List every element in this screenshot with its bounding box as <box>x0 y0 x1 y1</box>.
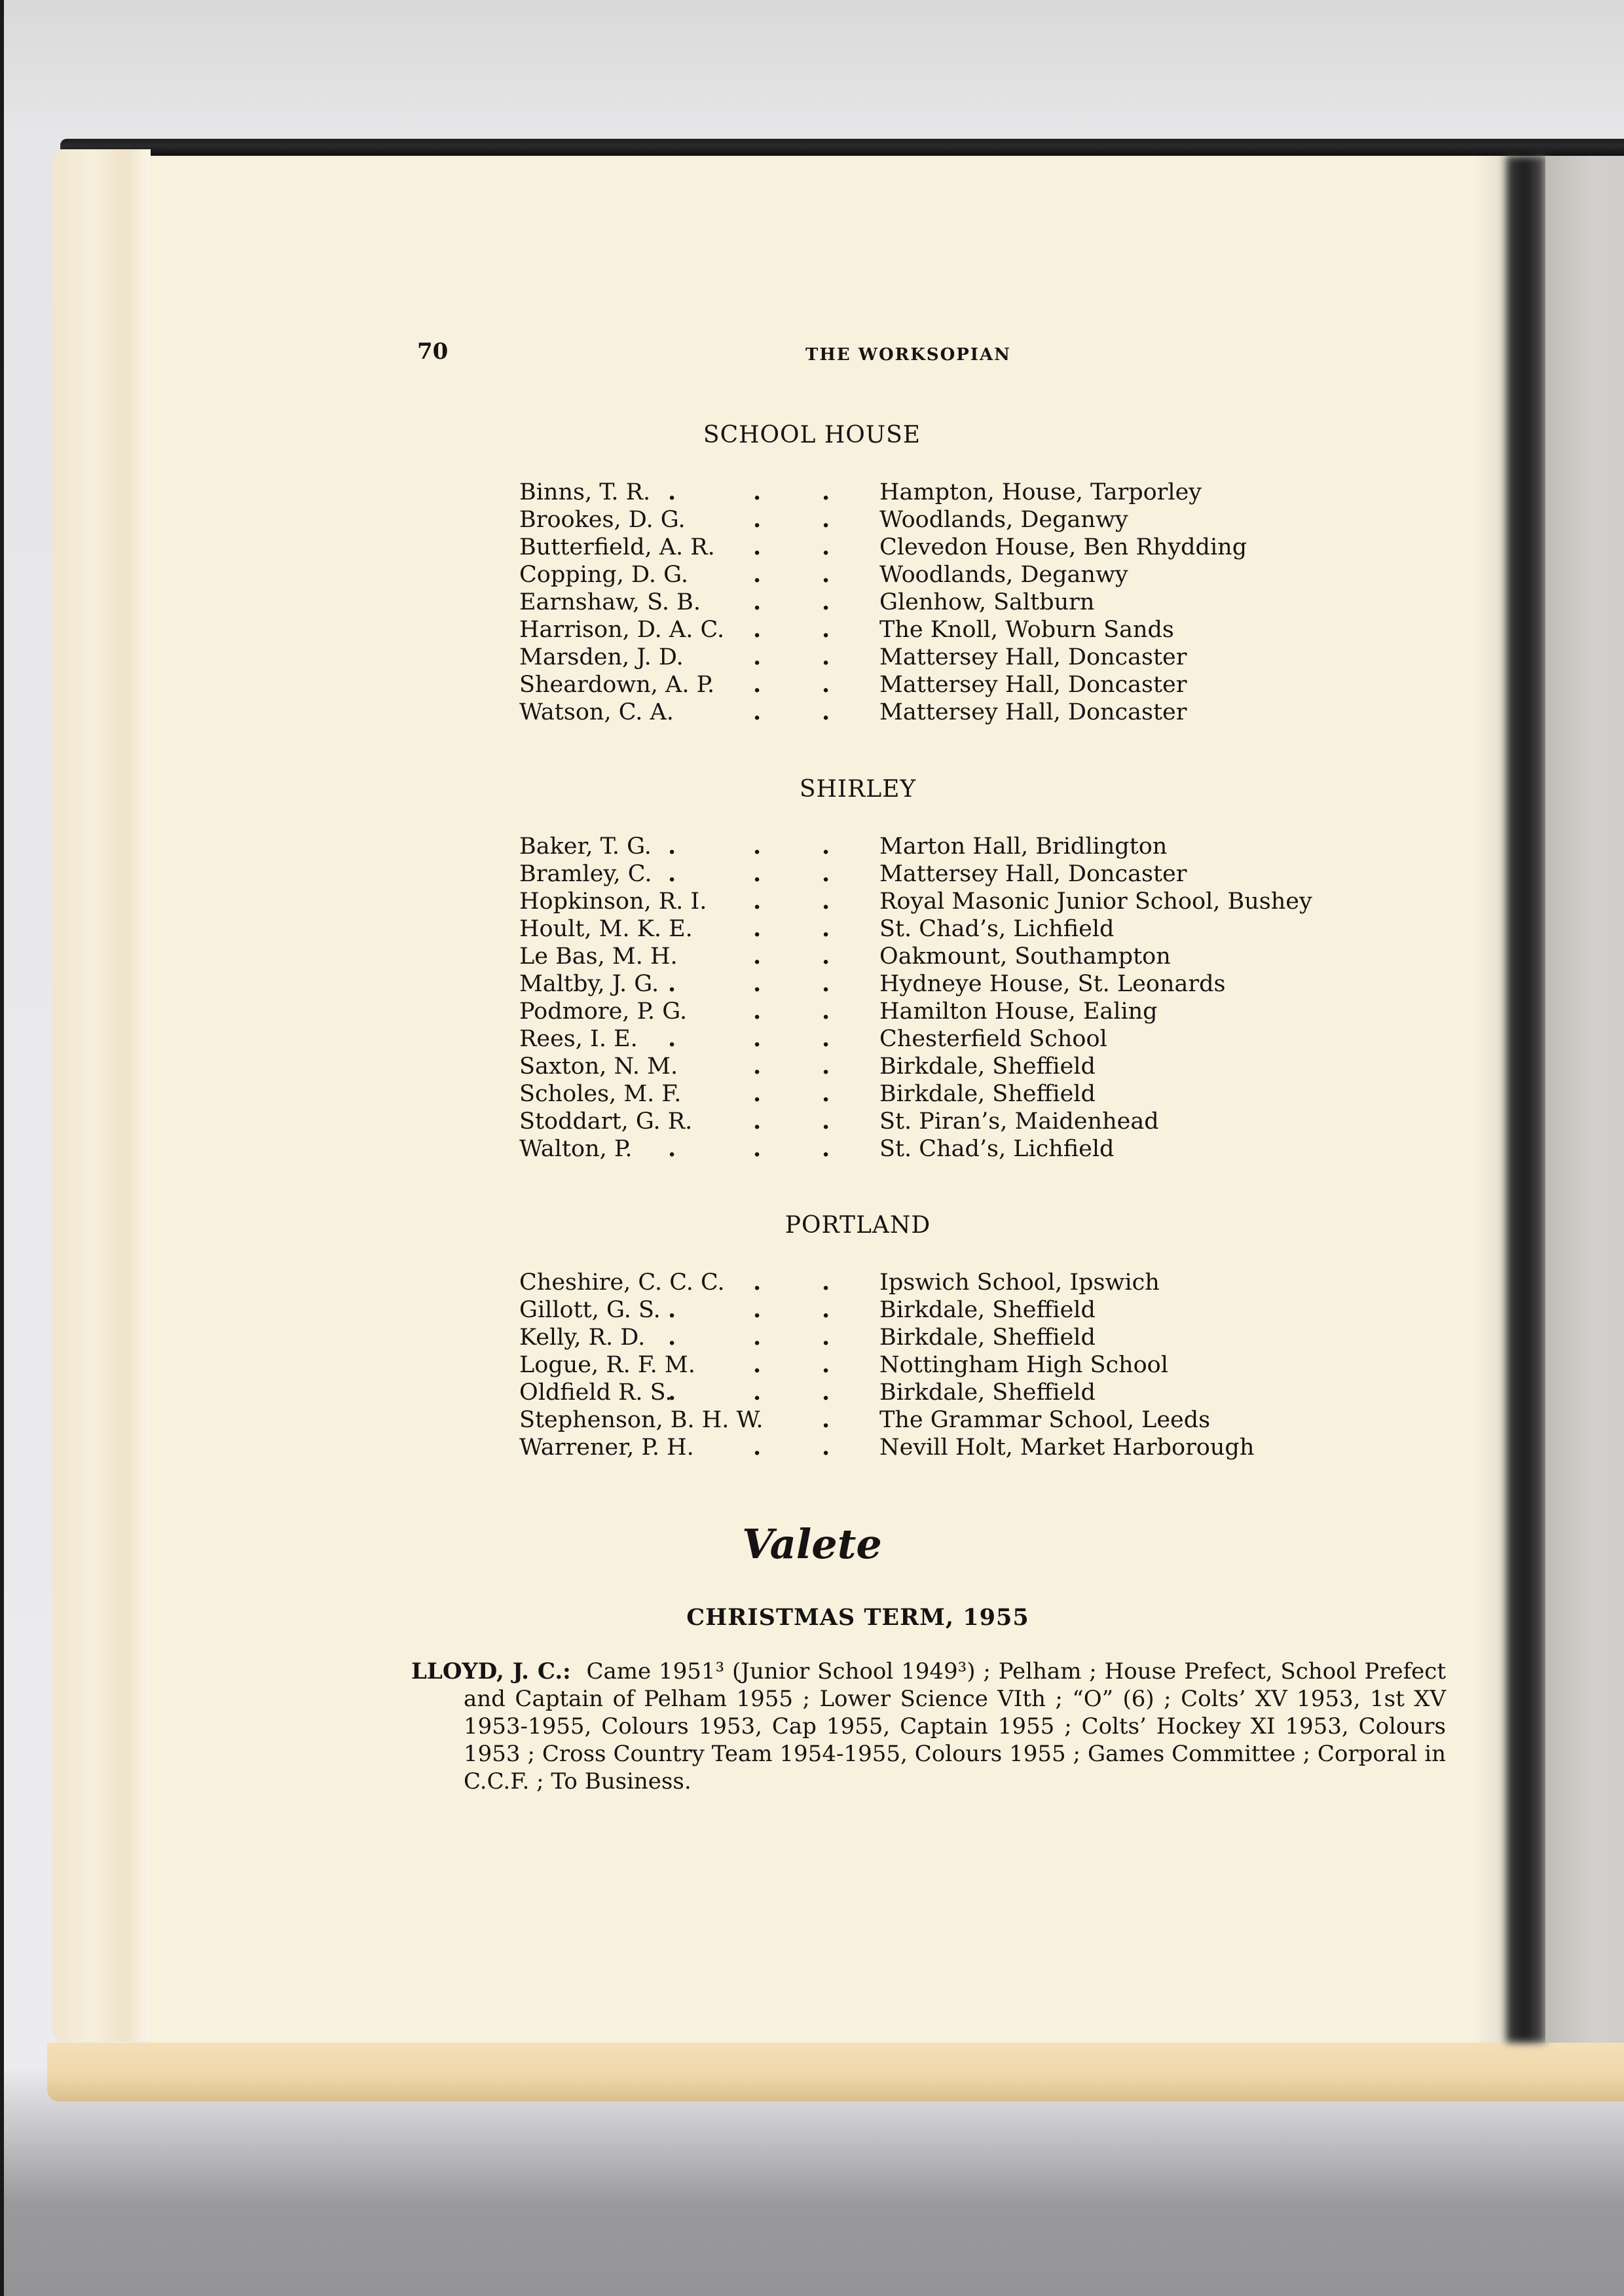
pupil-name: Rees, I. E. <box>519 1025 638 1053</box>
previous-school: Mattersey Hall, Doncaster <box>879 644 1187 671</box>
pupil-name: Watson, C. A. <box>519 699 674 726</box>
dot-leader: . <box>753 1135 761 1163</box>
dot-leader: . <box>822 1379 830 1406</box>
dot-leader: . <box>753 479 761 506</box>
dot-leader: . <box>822 998 830 1025</box>
section-heading-school-house: SCHOOL HOUSE <box>0 422 1624 448</box>
pupil-name: Walton, P. <box>519 1135 633 1163</box>
dot-leader: . <box>668 1324 676 1351</box>
previous-school: Nevill Holt, Market Harborough <box>879 1434 1254 1461</box>
pupil-name: Brookes, D. G. <box>519 506 686 534</box>
valete-entry-text: Came 1951³ (Junior School 1949³) ; Pelha… <box>464 1658 1446 1795</box>
previous-school: Mattersey Hall, Doncaster <box>879 860 1187 888</box>
dot-leader: . <box>822 888 830 915</box>
dot-leader: . <box>822 616 830 644</box>
previous-school: Birkdale, Sheffield <box>879 1379 1096 1406</box>
dot-leader: . <box>753 1351 761 1379</box>
dot-leader: . <box>822 1108 830 1135</box>
section-heading-shirley: SHIRLEY <box>0 776 1624 803</box>
previous-school: Hamilton House, Ealing <box>879 998 1158 1025</box>
dot-leader: . <box>753 534 761 561</box>
previous-school: Hydneye House, St. Leonards <box>879 970 1225 998</box>
previous-school: Clevedon House, Ben Rhydding <box>879 534 1247 561</box>
pupil-name: Stoddart, G. R. <box>519 1108 692 1135</box>
pupil-name: Harrison, D. A. C. <box>519 616 724 644</box>
pupil-name: Stephenson, B. H. W. <box>519 1406 764 1434</box>
pupil-name: Maltby, J. G. <box>519 970 659 998</box>
dot-leader: . <box>753 1269 761 1296</box>
pupil-name: Podmore, P. G. <box>519 998 687 1025</box>
dot-leader: . <box>822 644 830 671</box>
dot-leader: . <box>668 860 676 888</box>
dot-leader: . <box>822 943 830 970</box>
dot-leader: . <box>822 671 830 699</box>
dot-leader: . <box>822 970 830 998</box>
previous-school: Birkdale, Sheffield <box>879 1053 1096 1080</box>
dot-leader: . <box>753 1434 761 1461</box>
dot-leader: . <box>822 1406 830 1434</box>
dot-leader: . <box>822 833 830 860</box>
dot-leader: . <box>822 915 830 943</box>
dot-leader: . <box>822 1053 830 1080</box>
pupil-name: Hopkinson, R. I. <box>519 888 707 915</box>
page-number: 70 <box>417 338 448 365</box>
valete-entry-name: LLOYD, J. C.: <box>411 1658 571 1685</box>
pupil-name: Bramley, C. <box>519 860 652 888</box>
previous-school: Woodlands, Deganwy <box>879 561 1128 589</box>
previous-school: St. Chad’s, Lichfield <box>879 915 1114 943</box>
valete-entry: LLOYD, J. C.: Came 1951³ (Junior School … <box>411 1658 1446 1795</box>
page-content: 70 THE WORKSOPIAN SCHOOL HOUSE Binns, T.… <box>0 0 1624 2296</box>
dot-leader: . <box>753 506 761 534</box>
previous-school: The Grammar School, Leeds <box>879 1406 1210 1434</box>
dot-leader: . <box>668 1025 676 1053</box>
dot-leader: . <box>822 1324 830 1351</box>
dot-leader: . <box>822 699 830 726</box>
dot-leader: . <box>753 1053 761 1080</box>
dot-leader: . <box>753 1080 761 1108</box>
dot-leader: . <box>668 833 676 860</box>
dot-leader: . <box>822 479 830 506</box>
dot-leader: . <box>753 943 761 970</box>
previous-school: Birkdale, Sheffield <box>879 1296 1096 1324</box>
dot-leader: . <box>753 616 761 644</box>
previous-school: Oakmount, Southampton <box>879 943 1171 970</box>
dot-leader: . <box>753 589 761 616</box>
pupil-name: Kelly, R. D. <box>519 1324 645 1351</box>
dot-leader: . <box>668 1135 676 1163</box>
dot-leader: . <box>822 1080 830 1108</box>
dot-leader: . <box>753 915 761 943</box>
term-heading: CHRISTMAS TERM, 1955 <box>0 1604 1624 1631</box>
dot-leader: . <box>753 1379 761 1406</box>
previous-school: Chesterfield School <box>879 1025 1107 1053</box>
pupil-name: Warrener, P. H. <box>519 1434 694 1461</box>
previous-school: Woodlands, Deganwy <box>879 506 1128 534</box>
dot-leader: . <box>822 1269 830 1296</box>
previous-school: Mattersey Hall, Doncaster <box>879 699 1187 726</box>
dot-leader: . <box>753 1025 761 1053</box>
dot-leader: . <box>753 998 761 1025</box>
dot-leader: . <box>753 860 761 888</box>
section-heading-portland: PORTLAND <box>0 1212 1624 1239</box>
dot-leader: . <box>753 1296 761 1324</box>
dot-leader: . <box>822 534 830 561</box>
dot-leader: . <box>753 561 761 589</box>
previous-school: Marton Hall, Bridlington <box>879 833 1167 860</box>
pupil-name: Copping, D. G. <box>519 561 688 589</box>
dot-leader: . <box>753 1108 761 1135</box>
dot-leader: . <box>822 1434 830 1461</box>
pupil-name: Earnshaw, S. B. <box>519 589 701 616</box>
dot-leader: . <box>822 1135 830 1163</box>
dot-leader: . <box>822 1351 830 1379</box>
pupil-name: Hoult, M. K. E. <box>519 915 693 943</box>
pupil-name: Baker, T. G. <box>519 833 652 860</box>
previous-school: Royal Masonic Junior School, Bushey <box>879 888 1312 915</box>
dot-leader: . <box>668 479 676 506</box>
dot-leader: . <box>753 644 761 671</box>
pupil-name: Sheardown, A. P. <box>519 671 714 699</box>
previous-school: St. Piran’s, Maidenhead <box>879 1108 1159 1135</box>
dot-leader: . <box>753 970 761 998</box>
previous-school: Ipswich School, Ipswich <box>879 1269 1160 1296</box>
dot-leader: . <box>753 699 761 726</box>
previous-school: Birkdale, Sheffield <box>879 1324 1096 1351</box>
previous-school: Glenhow, Saltburn <box>879 589 1094 616</box>
pupil-name: Logue, R. F. M. <box>519 1351 695 1379</box>
dot-leader: . <box>668 1379 676 1406</box>
dot-leader: . <box>822 589 830 616</box>
dot-leader: . <box>753 671 761 699</box>
pupil-name: Marsden, J. D. <box>519 644 684 671</box>
pupil-name: Cheshire, C. C. C. <box>519 1269 725 1296</box>
dot-leader: . <box>822 1025 830 1053</box>
pupil-name: Le Bas, M. H. <box>519 943 678 970</box>
previous-school: St. Chad’s, Lichfield <box>879 1135 1114 1163</box>
pupil-name: Gillott, G. S. <box>519 1296 661 1324</box>
previous-school: Birkdale, Sheffield <box>879 1080 1096 1108</box>
previous-school: The Knoll, Woburn Sands <box>879 616 1174 644</box>
dot-leader: . <box>822 561 830 589</box>
valete-heading: Valete <box>0 1520 1624 1568</box>
pupil-name: Butterfield, A. R. <box>519 534 715 561</box>
dot-leader: . <box>822 1296 830 1324</box>
previous-school: Nottingham High School <box>879 1351 1168 1379</box>
previous-school: Mattersey Hall, Doncaster <box>879 671 1187 699</box>
running-title: THE WORKSOPIAN <box>805 345 1011 365</box>
pupil-name: Binns, T. R. <box>519 479 650 506</box>
pupil-name: Scholes, M. F. <box>519 1080 681 1108</box>
dot-leader: . <box>668 1296 676 1324</box>
pupil-name: Oldfield R. S. <box>519 1379 673 1406</box>
dot-leader: . <box>753 1324 761 1351</box>
pupil-name: Saxton, N. M. <box>519 1053 678 1080</box>
dot-leader: . <box>753 833 761 860</box>
dot-leader: . <box>822 860 830 888</box>
dot-leader: . <box>753 888 761 915</box>
previous-school: Hampton, House, Tarporley <box>879 479 1202 506</box>
dot-leader: . <box>822 506 830 534</box>
dot-leader: . <box>668 970 676 998</box>
